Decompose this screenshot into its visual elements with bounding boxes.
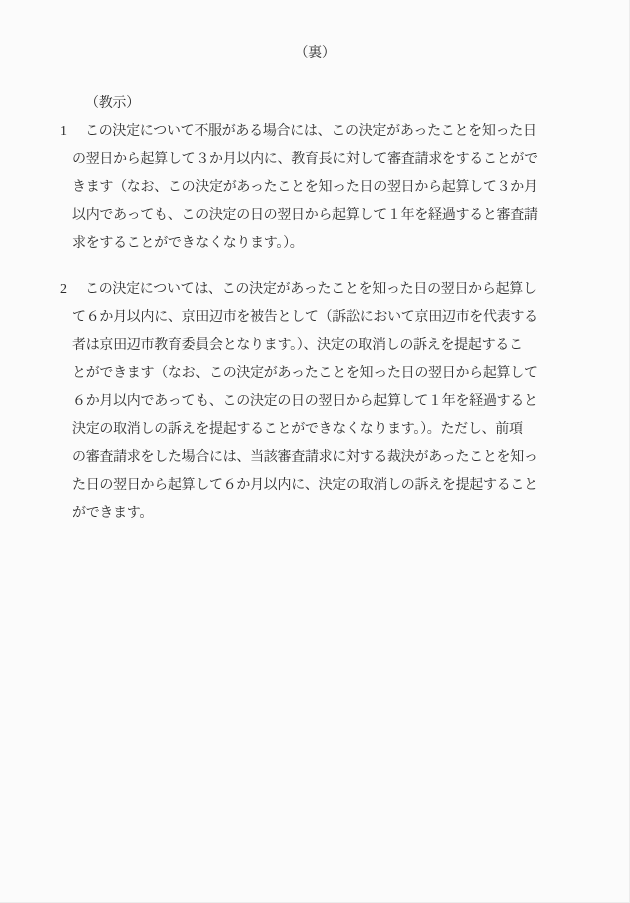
paragraph-2-text: この決定については、この決定があったことを知った日の翌日から起算し	[85, 282, 537, 297]
paragraph-2: 2この決定については、この決定があったことを知った日の翌日から起算し て６か月以…	[0, 276, 630, 528]
paragraph-2-number: 2	[60, 276, 85, 304]
paragraph-1-line: の翌日から起算して３か月以内に、教育長に対して審査請求をすることがで	[72, 146, 630, 174]
document-page: （裏） （教示） 1この決定について不服がある場合には、この決定があったことを知…	[0, 0, 630, 903]
paragraph-2-line: 者は京田辺市教育委員会となります。）、決定の取消しの訴えを提起するこ	[72, 332, 630, 360]
paragraph-1-line: 1この決定について不服がある場合には、この決定があったことを知った日	[60, 118, 630, 146]
paragraph-1-number: 1	[60, 118, 85, 146]
paragraph-2-line: とができます（なお、この決定があったことを知った日の翌日から起算して	[72, 360, 630, 388]
paragraph-1: 1この決定について不服がある場合には、この決定があったことを知った日 の翌日から…	[0, 118, 630, 258]
paragraph-2-line: ができます。	[72, 500, 630, 528]
paragraph-2-line: 決定の取消しの訴えを提起することができなくなります。）。ただし、前項	[72, 416, 630, 444]
paragraph-2-line: ６か月以内であっても、この決定の日の翌日から起算して１年を経過すると	[72, 388, 630, 416]
paragraph-1-text: この決定について不服がある場合には、この決定があったことを知った日	[85, 124, 537, 139]
paragraph-1-line: 求をすることができなくなります。）。	[72, 230, 630, 258]
paragraph-2-line: の審査請求をした場合には、当該審査請求に対する裁決があったことを知っ	[72, 444, 630, 472]
page-side-label: （裏）	[0, 40, 630, 68]
paragraph-1-line: きます（なお、この決定があったことを知った日の翌日から起算して３か月	[72, 174, 630, 202]
paragraph-2-line: 2この決定については、この決定があったことを知った日の翌日から起算し	[60, 276, 630, 304]
paragraph-2-line: た日の翌日から起算して６か月以内に、決定の取消しの訴えを提起すること	[72, 472, 630, 500]
section-heading: （教示）	[85, 90, 140, 118]
paragraph-1-line: 以内であっても、この決定の日の翌日から起算して１年を経過すると審査請	[72, 202, 630, 230]
paragraph-2-line: て６か月以内に、京田辺市を被告として（訴訟において京田辺市を代表する	[72, 304, 630, 332]
